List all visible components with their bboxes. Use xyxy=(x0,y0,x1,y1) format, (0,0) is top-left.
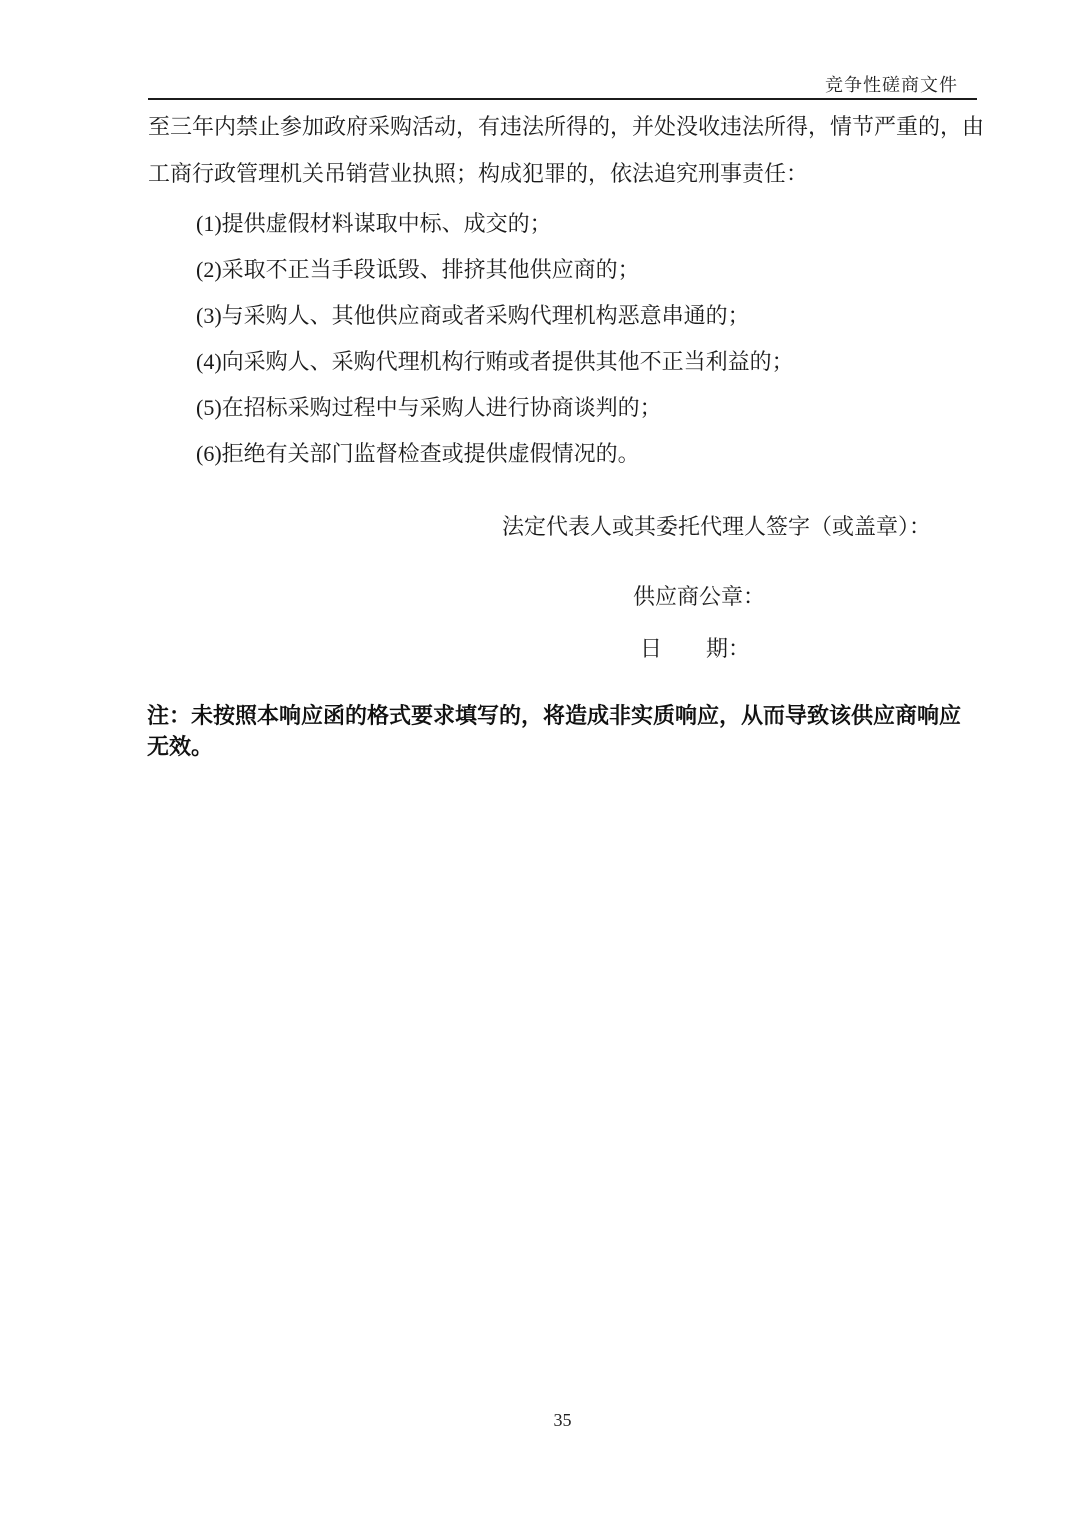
note-line-2: 无效。 xyxy=(147,731,1047,762)
list-item-4: (4)向采购人、采购代理机构行贿或者提供其他不正当利益的； xyxy=(196,339,1046,385)
page-number: 35 xyxy=(148,1410,977,1431)
note-paragraph: 注：未按照本响应函的格式要求填写的，将造成非实质响应，从而导致该供应商响应 无效… xyxy=(147,700,1047,762)
supplier-seal-line: 供应商公章： xyxy=(633,583,765,611)
list-item-3: (3)与采购人、其他供应商或者采购代理机构恶意串通的； xyxy=(196,293,1046,339)
list-item-5: (5)在招标采购过程中与采购人进行协商谈判的； xyxy=(196,385,1046,431)
legal-rep-signature-line: 法定代表人或其委托代理人签字（或盖章）： xyxy=(502,513,931,541)
date-line: 日 期： xyxy=(640,635,750,663)
list-item-1: (1)提供虚假材料谋取中标、成交的； xyxy=(196,201,1046,247)
intro-paragraph: 至三年内禁止参加政府采购活动，有违法所得的，并处没收违法所得，情节严重的，由 工… xyxy=(148,103,1048,197)
document-page: 竞争性磋商文件 至三年内禁止参加政府采购活动，有违法所得的，并处没收违法所得，情… xyxy=(0,0,1080,1527)
note-line-1: 注：未按照本响应函的格式要求填写的，将造成非实质响应，从而导致该供应商响应 xyxy=(147,700,1047,731)
list-item-2: (2)采取不正当手段诋毁、排挤其他供应商的； xyxy=(196,247,1046,293)
page-header-title: 竞争性磋商文件 xyxy=(825,74,958,96)
intro-line-1: 至三年内禁止参加政府采购活动，有违法所得的，并处没收违法所得，情节严重的，由 xyxy=(148,103,1048,150)
violation-list: (1)提供虚假材料谋取中标、成交的； (2)采取不正当手段诋毁、排挤其他供应商的… xyxy=(196,201,1046,477)
list-item-6: (6)拒绝有关部门监督检查或提供虚假情况的。 xyxy=(196,431,1046,477)
intro-line-2: 工商行政管理机关吊销营业执照；构成犯罪的，依法追究刑事责任： xyxy=(148,150,1048,197)
header-rule xyxy=(148,98,977,100)
